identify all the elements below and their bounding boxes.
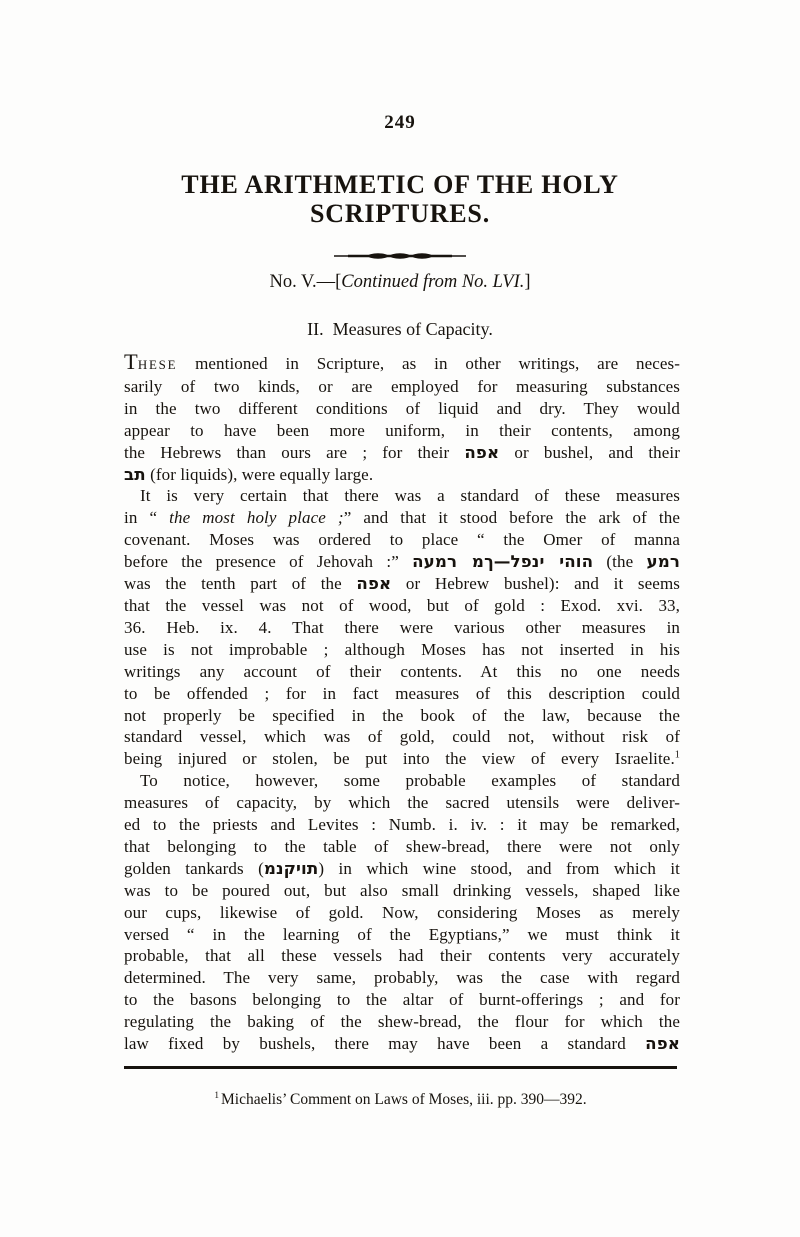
ornamental-divider (0, 248, 800, 258)
page-number: 249 (0, 112, 800, 134)
body-line: covenant. Moses was ordered to place “ t… (124, 529, 680, 551)
text-run: in “ (124, 508, 169, 527)
body-line: sarily of two kinds, or are employed for… (124, 376, 680, 398)
text-run: in the two different conditions of liqui… (124, 399, 680, 418)
text-run: law fixed by bushels, there may have bee… (124, 1034, 645, 1053)
text-run: golden tankards ( (124, 859, 264, 878)
article-title: THE ARITHMETIC OF THE HOLY SCRIPTURES. (0, 170, 800, 228)
body-line: was to be poured out, but also small dri… (124, 880, 680, 902)
hebrew-text: העמר מך—לפני יהוה (412, 552, 593, 571)
body-line: in “ the most holy place ;” and that it … (124, 507, 680, 529)
text-run: ” and that it stood before the ark of th… (344, 508, 680, 527)
body-line: measures of capacity, by which the sacre… (124, 792, 680, 814)
text-run: or Hebrew bushel): and it seems (391, 574, 680, 593)
ornamental-rule-icon (334, 251, 466, 261)
body-line: not properly be specified in the book of… (124, 705, 680, 727)
body-line: to be offended ; for in fact measures of… (124, 683, 680, 705)
text-run: appear to have been more uniform, in the… (124, 421, 680, 440)
body-line: It is very certain that there was a stan… (124, 485, 680, 507)
text-run: T (124, 349, 138, 374)
paragraph: To notice, however, some probable exampl… (124, 770, 680, 1055)
text-run: HESE (138, 357, 178, 372)
footnote-text: Michaelis’ Comment on Laws of Moses, iii… (221, 1091, 587, 1108)
hebrew-text: בת (124, 465, 146, 484)
text-run: 1 (675, 750, 680, 761)
body-line: versed “ in the learning of the Egyptian… (124, 924, 680, 946)
footnote-marker: 1 (214, 1091, 219, 1101)
text-run: writings any account of their contents. … (124, 662, 680, 681)
text-run: not properly be specified in the book of… (124, 706, 680, 725)
body-line: that the vessel was not of wood, but of … (124, 595, 680, 617)
text-run: probable, that all these vessels had the… (124, 946, 680, 965)
body-line: the Hebrews than ours are ; for their הפ… (124, 442, 680, 464)
body-line: probable, that all these vessels had the… (124, 945, 680, 967)
article-subtitle: No. V.—[Continued from No. LVI.] (0, 272, 800, 293)
body-line: golden tankards (מנקיות) in which wine s… (124, 858, 680, 880)
text-run: was the tenth part of the (124, 574, 356, 593)
text-run: sarily of two kinds, or are employed for… (124, 377, 680, 396)
hebrew-text: עמר (647, 552, 680, 571)
body-line: appear to have been more uniform, in the… (124, 420, 680, 442)
body-line: regulating the baking of the shew-bread,… (124, 1011, 680, 1033)
text-run: use is not improbable ; although Moses h… (124, 640, 680, 659)
text-run: versed “ in the learning of the Egyptian… (124, 925, 680, 944)
body-line: was the tenth part of the הפא or Hebrew … (124, 573, 680, 595)
subtitle-suffix: ] (524, 272, 530, 292)
body-line: To notice, however, some probable exampl… (124, 770, 680, 792)
text-run: standard vessel, which was of gold, coul… (124, 727, 680, 746)
hebrew-text: הפא (645, 1034, 680, 1053)
subtitle-continued-note: Continued from No. LVI. (341, 272, 524, 292)
body-line: standard vessel, which was of gold, coul… (124, 726, 680, 748)
hebrew-text: הפא (464, 443, 499, 462)
text-run: covenant. Moses was ordered to place “ t… (124, 530, 680, 549)
text-run: to be offended ; for in fact measures of… (124, 684, 680, 703)
body-line: to the basons belonging to the altar of … (124, 989, 680, 1011)
text-run: mentioned in Scripture, as in other writ… (177, 354, 680, 373)
text-run: being injured or stolen, be put into the… (124, 749, 675, 768)
text-run: 36. Heb. ix. 4. That there were various … (124, 618, 680, 637)
body-line: בת (for liquids), were equally large. (124, 464, 680, 486)
body-line: use is not improbable ; although Moses h… (124, 639, 680, 661)
text-run: ) in which wine stood, and from which it (318, 859, 680, 878)
text-run: or bushel, and their (499, 443, 680, 462)
text-run: determined. The very same, probably, was… (124, 968, 680, 987)
article-body: THESE mentioned in Scripture, as in othe… (124, 353, 680, 1055)
body-line: law fixed by bushels, there may have bee… (124, 1033, 680, 1055)
text-run: to the basons belonging to the altar of … (124, 990, 680, 1009)
text-run: measures of capacity, by which the sacre… (124, 793, 680, 812)
body-line: our cups, likewise of gold. Now, conside… (124, 902, 680, 924)
text-run: To notice, however, some probable exampl… (140, 771, 680, 790)
article-title-line1: THE ARITHMETIC OF THE HOLY (0, 170, 800, 199)
text-run: that the vessel was not of wood, but of … (124, 596, 680, 615)
text-run: (for liquids), were equally large. (146, 465, 373, 484)
body-line: determined. The very same, probably, was… (124, 967, 680, 989)
body-line: being injured or stolen, be put into the… (124, 748, 680, 770)
text-run: was to be poured out, but also small dri… (124, 881, 680, 900)
body-line: ed to the priests and Levites : Numb. i.… (124, 814, 680, 836)
text-run: our cups, likewise of gold. Now, conside… (124, 903, 680, 922)
footnote-rule (124, 1066, 677, 1069)
text-run: the Hebrews than ours are ; for their (124, 443, 464, 462)
article-title-line2: SCRIPTURES. (0, 199, 800, 228)
scanned-book-page: 249 THE ARITHMETIC OF THE HOLY SCRIPTURE… (0, 0, 800, 1237)
text-run: It is very certain that there was a stan… (140, 486, 680, 505)
hebrew-text: מנקיות (264, 859, 318, 878)
text-run: (the (593, 552, 646, 571)
body-line: writings any account of their contents. … (124, 661, 680, 683)
section-heading: II. Measures of Capacity. (0, 319, 800, 340)
paragraph: THESE mentioned in Scripture, as in othe… (124, 353, 680, 485)
text-run: regulating the baking of the shew-bread,… (124, 1012, 680, 1031)
text-run: that belonging to the table of shew-brea… (124, 837, 680, 856)
paragraph: It is very certain that there was a stan… (124, 485, 680, 770)
body-line: in the two different conditions of liqui… (124, 398, 680, 420)
subtitle-prefix: No. V.—[ (269, 272, 341, 292)
hebrew-text: הפא (356, 574, 391, 593)
body-line: THESE mentioned in Scripture, as in othe… (124, 353, 680, 376)
body-line: before the presence of Jehovah :” העמר מ… (124, 551, 680, 573)
body-line: 36. Heb. ix. 4. That there were various … (124, 617, 680, 639)
text-run: the most holy place ; (169, 508, 344, 527)
footnote: 1Michaelis’ Comment on Laws of Moses, ii… (124, 1091, 677, 1109)
text-run: ed to the priests and Levites : Numb. i.… (124, 815, 680, 834)
body-line: that belonging to the table of shew-brea… (124, 836, 680, 858)
text-run: before the presence of Jehovah :” (124, 552, 412, 571)
